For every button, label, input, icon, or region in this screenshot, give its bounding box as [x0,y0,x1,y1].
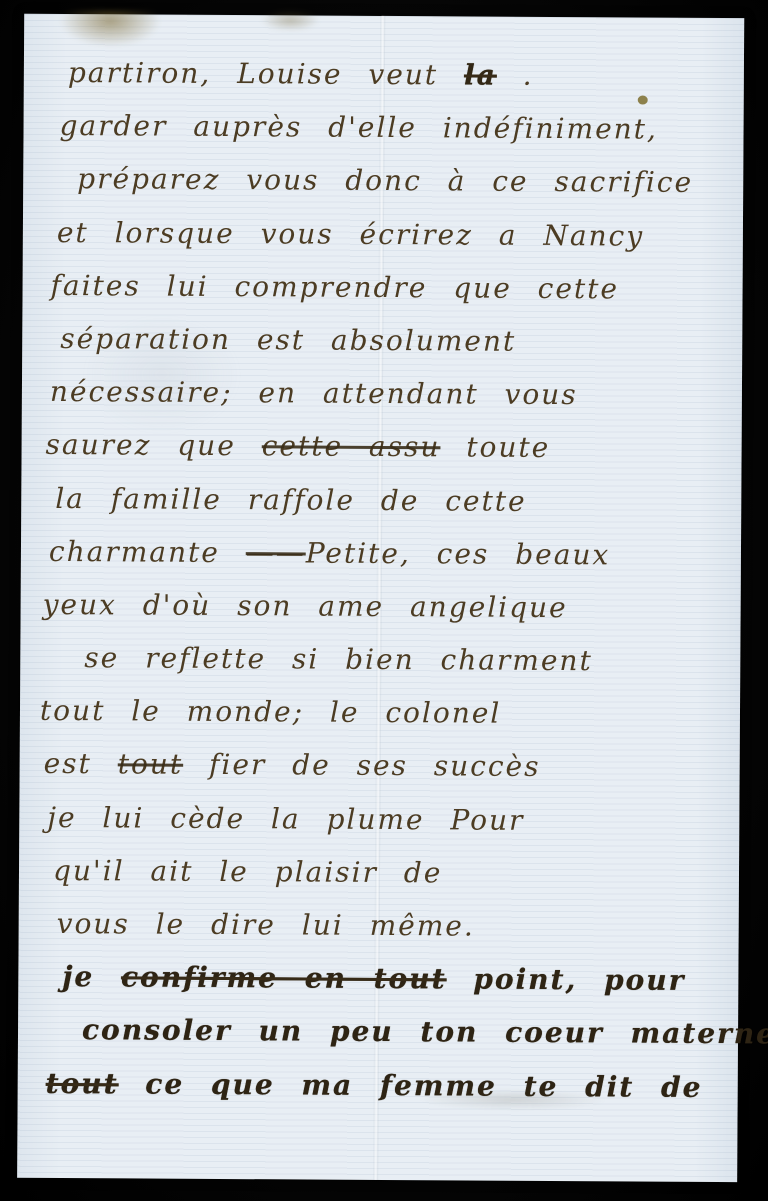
handwriting-segment: je [62,960,121,993]
handwriting-segment: consoler un peu ton coeur maternel, [82,1014,768,1051]
struck-word: confirme en tout [121,961,447,996]
handwriting-line: garder auprès d'elle indéfiniment, [23,109,743,167]
handwriting-segment: partiron, Louise veut [68,56,464,91]
handwriting-segment: et lorsque vous écrirez a Nancy [57,216,644,253]
handwriting-segment: est [44,747,118,780]
handwriting-segment: faites lui comprendre que cette [50,269,619,305]
handwriting-line: tout le monde; le colonel [20,694,740,752]
handwriting-segment: nécessaire; en attendant vous [50,375,578,411]
handwriting-line: tout ce que ma femme te dit de [17,1066,737,1124]
scan-background: partiron, Louise veut la .garder auprès … [0,0,768,1201]
handwriting-segment: la famille raffole de cette [55,481,527,517]
handwriting-line: consoler un peu ton coeur maternel, [18,1013,738,1071]
stain-mark-small [260,9,320,31]
handwriting-line: partiron, Louise veut la . [24,56,744,114]
handwriting-segment: point, pour [446,963,685,997]
handwriting-line: est tout fier de ses succès [19,747,739,805]
handwriting-segment: vous le dire lui même. [57,907,475,943]
handwriting-segment: préparez vous donc à ce sacrifice [77,162,693,199]
letter-body: partiron, Louise veut la .garder auprès … [17,56,743,1124]
handwriting-segment: Petite, ces beaux [306,536,611,571]
struck-word: la [464,58,497,91]
handwriting-segment: qu'il ait le plaisir de [53,854,443,889]
handwriting-segment: ce que ma femme te dit de [119,1067,703,1104]
handwriting-segment: charmante [49,535,246,569]
struck-word: —— [246,536,306,569]
struck-word: cette assu [262,430,441,464]
handwriting-line: faites lui comprendre que cette [22,269,742,327]
letter-page: partiron, Louise veut la .garder auprès … [17,14,744,1182]
handwriting-segment: fier de ses succès [183,748,541,783]
handwriting-line: je confirme en tout point, pour [18,960,738,1018]
handwriting-segment: je lui cède la plume Pour [47,801,524,837]
handwriting-line: saurez que cette assu toute [21,428,741,486]
handwriting-line: et lorsque vous écrirez a Nancy [23,215,743,273]
handwriting-line: nécessaire; en attendant vous [22,375,742,433]
handwriting-segment: toute [440,431,550,465]
handwriting-segment: tout le monde; le colonel [40,694,502,730]
handwriting-segment: garder auprès d'elle indéfiniment, [59,109,658,146]
handwriting-line: charmante ——Petite, ces beaux [21,534,741,592]
handwriting-segment: . [497,59,534,92]
handwriting-line: qu'il ait le plaisir de [19,854,739,912]
handwriting-segment: yeux d'où son ame angelique [43,588,568,624]
stain-mark [60,10,160,47]
handwriting-segment: saurez que [46,428,262,462]
handwriting-line: séparation est absolument [22,322,742,380]
handwriting-line: se reflette si bien charment [20,641,740,699]
struck-word: tout [118,748,184,781]
handwriting-segment: séparation est absolument [60,322,516,358]
handwriting-segment: se reflette si bien charment [84,641,593,677]
handwriting-line: vous le dire lui même. [18,907,738,965]
handwriting-line: je lui cède la plume Pour [19,800,739,858]
handwriting-line: préparez vous donc à ce sacrifice [23,162,743,220]
handwriting-line: la famille raffole de cette [21,481,741,539]
handwriting-line: yeux d'où son ame angelique [20,588,740,646]
struck-word: tout [46,1066,119,1099]
